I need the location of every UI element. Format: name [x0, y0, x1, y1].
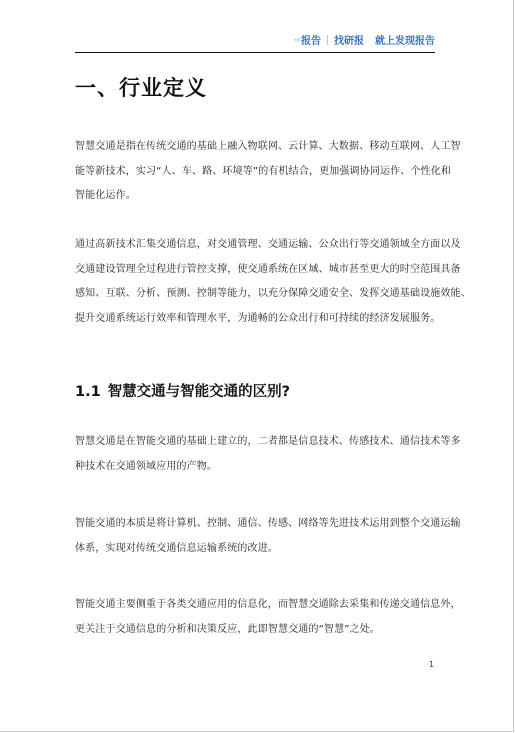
paragraph-line: 更关注于交通信息的分析和决策反应，此即智慧交通的“智慧”之处。: [75, 618, 440, 643]
paragraph-line: 交通建设管理全过程进行管控支撑，使交通系统在区域、城市甚至更大的时空范围具备: [75, 258, 440, 283]
brand-logo-mini-top: 发现: [294, 38, 300, 42]
section-paragraph-1: 智慧交通是指在传统交通的基础上融入物联网、云计算、大数据、移动互联网、人工智 能…: [75, 135, 440, 209]
paragraph-line: 智能化运作。: [75, 184, 440, 209]
paragraph-line: 智慧交通是指在传统交通的基础上融入物联网、云计算、大数据、移动互联网、人工智: [75, 135, 440, 160]
brand-logo-text: 报告: [301, 32, 321, 47]
brand-tagline-1: 找研报: [334, 32, 364, 47]
paragraph-line: 智能交通主要侧重于各类交通应用的信息化，而智慧交通除去采集和传递交通信息外，: [75, 593, 440, 618]
brand-tagline-2: 就上发现报告: [375, 32, 435, 47]
brand-banner[interactable]: 发现 报告 找研报 就上发现报告: [294, 32, 435, 47]
paragraph-line: 感知、互联、分析、预测、控制等能力，以充分保障交通安全、发挥交通基础设施效能、: [75, 282, 440, 307]
subsection-title: 1.1智慧交通与智能交通的区别?: [75, 380, 290, 401]
paragraph-line: 通过高新技术汇集交通信息，对交通管理、交通运输、公众出行等交通领域全方面以及: [75, 233, 440, 258]
page-number: 1: [429, 660, 434, 669]
section-paragraph-2: 通过高新技术汇集交通信息，对交通管理、交通运输、公众出行等交通领域全方面以及 交…: [75, 233, 440, 331]
subsection-paragraph-1: 智慧交通是在智能交通的基础上建立的，二者都是信息技术、传感技术、通信技术等多 种…: [75, 430, 440, 479]
paragraph-line: 体系，实现对传统交通信息运输系统的改进。: [75, 537, 440, 562]
brand-logo-mini: 发现: [294, 38, 300, 42]
page-header: 发现 报告 找研报 就上发现报告: [75, 30, 435, 53]
paragraph-line: 提升交通系统运行效率和管理水平，为通畅的公众出行和可持续的经济发展服务。: [75, 307, 440, 332]
paragraph-line: 智能交通的本质是将计算机、控制、通信、传感、网络等先进技术运用到整个交通运输: [75, 512, 440, 537]
paragraph-line: 种技术在交通领域应用的产物。: [75, 455, 440, 480]
paragraph-line: 智慧交通是在智能交通的基础上建立的，二者都是信息技术、传感技术、通信技术等多: [75, 430, 440, 455]
paragraph-line: 能等新技术，实习“人、车、路、环境等”的有机结合，更加强调协同运作、个性化和: [75, 160, 440, 185]
subsection-paragraph-3: 智能交通主要侧重于各类交通应用的信息化，而智慧交通除去采集和传递交通信息外， 更…: [75, 593, 440, 642]
subsection-number: 1.1: [75, 384, 101, 400]
subsection-heading: 智慧交通与智能交通的区别?: [108, 384, 290, 400]
subsection-paragraph-2: 智能交通的本质是将计算机、控制、通信、传感、网络等先进技术运用到整个交通运输 体…: [75, 512, 440, 561]
brand-divider: [327, 35, 328, 45]
document-page: 发现 报告 找研报 就上发现报告 一、行业定义 智慧交通是指在传统交通的基础上融…: [0, 0, 514, 732]
brand-logo: 发现 报告: [294, 32, 321, 47]
section-title: 一、行业定义: [75, 72, 207, 102]
